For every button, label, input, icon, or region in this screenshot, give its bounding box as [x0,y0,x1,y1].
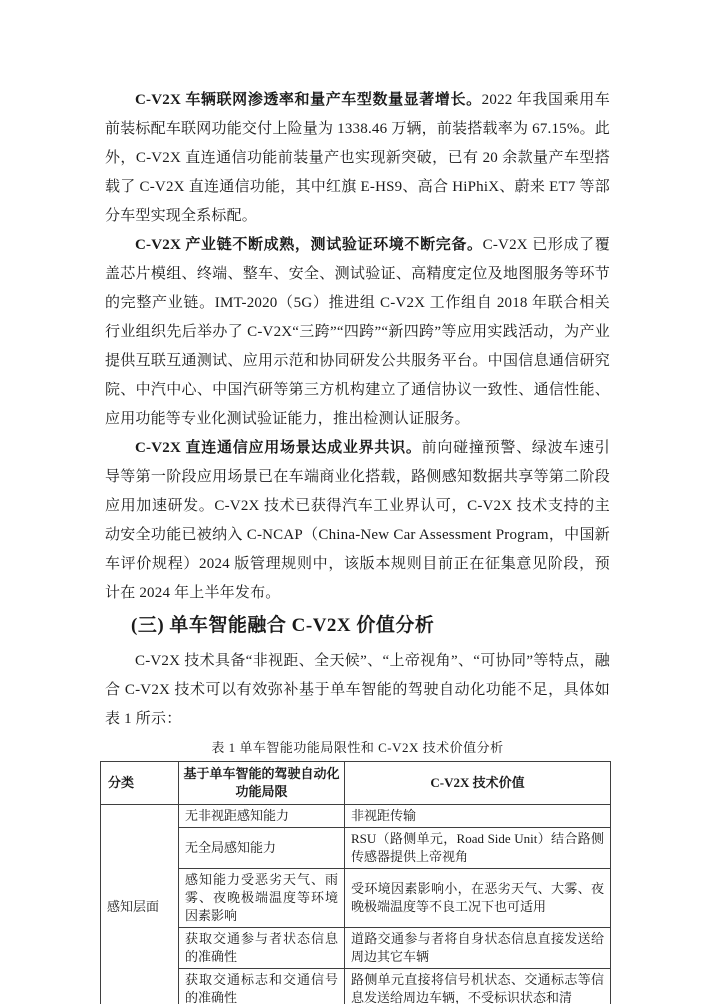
table-header-category: 分类 [101,762,179,805]
table-cell-limitation: 获取交通参与者状态信息的准确性 [179,928,345,969]
paragraph: C-V2X 产业链不断成熟，测试验证环境不断完备。C-V2X 已形成了覆盖芯片模… [105,231,610,434]
section-heading: (三) 单车智能融合 C-V2X 价值分析 [105,611,610,640]
table-cell-limitation: 感知能力受恶劣天气、雨雾、夜晚极端温度等环境因素影响 [179,869,345,928]
page-content: C-V2X 车辆联网渗透率和量产车型数量显著增长。2022 年我国乘用车前装标配… [105,86,610,1004]
paragraph-lead-bold: C-V2X 产业链不断成熟，测试验证环境不断完备。 [135,237,483,253]
paragraph-lead-bold: C-V2X 直连通信应用场景达成业界共识。 [135,440,422,456]
paragraph-lead-bold: C-V2X 车辆联网渗透率和量产车型数量显著增长。 [135,92,482,108]
table-cell-limitation: 无全局感知能力 [179,828,345,869]
table-header-row: 分类 基于单车智能的驾驶自动化功能局限 C-V2X 技术价值 [101,762,611,805]
analysis-table: 分类 基于单车智能的驾驶自动化功能局限 C-V2X 技术价值 感知层面 无非视距… [100,761,611,1004]
table-cell-value: 道路交通参与者将自身状态信息直接发送给周边其它车辆 [345,928,611,969]
table-cell-limitation: 获取交通标志和交通信号的准确性 [179,969,345,1004]
paragraph: C-V2X 直连通信应用场景达成业界共识。前向碰撞预警、绿波车速引导等第一阶段应… [105,434,610,608]
table-cell-value: 受环境因素影响小，在恶劣天气、大雾、夜晚极端温度等不良工况下也可适用 [345,869,611,928]
table-header-value: C-V2X 技术价值 [345,762,611,805]
paragraph-body-text: C-V2X 已形成了覆盖芯片模组、终端、整车、安全、测试验证、高精度定位及地图服… [105,237,610,427]
table-cell-limitation: 无非视距感知能力 [179,805,345,828]
paragraph-body-text: 前向碰撞预警、绿波车速引导等第一阶段应用场景已在车端商业化搭载，路侧感知数据共享… [105,440,610,601]
paragraph-body-text: 2022 年我国乘用车前装标配车联网功能交付上险量为 1338.46 万辆，前装… [105,92,610,224]
table-header-limitation: 基于单车智能的驾驶自动化功能局限 [179,762,345,805]
table-caption: 表 1 单车智能功能局限性和 C-V2X 技术价值分析 [105,739,610,757]
document-page: C-V2X 车辆联网渗透率和量产车型数量显著增长。2022 年我国乘用车前装标配… [0,0,710,1004]
paragraph: C-V2X 车辆联网渗透率和量产车型数量显著增长。2022 年我国乘用车前装标配… [105,86,610,231]
table-row: 感知层面 无非视距感知能力 非视距传输 [101,805,611,828]
table-cell-category: 感知层面 [101,805,179,1004]
section-intro-paragraph: C-V2X 技术具备“非视距、全天候”、“上帝视角”、“可协同”等特点，融合 C… [105,647,610,734]
table-cell-value: 非视距传输 [345,805,611,828]
table-cell-value: 路侧单元直接将信号机状态、交通标志等信息发送给周边车辆，不受标识状态和清 [345,969,611,1004]
table-cell-value: RSU（路侧单元，Road Side Unit）结合路侧传感器提供上帝视角 [345,828,611,869]
